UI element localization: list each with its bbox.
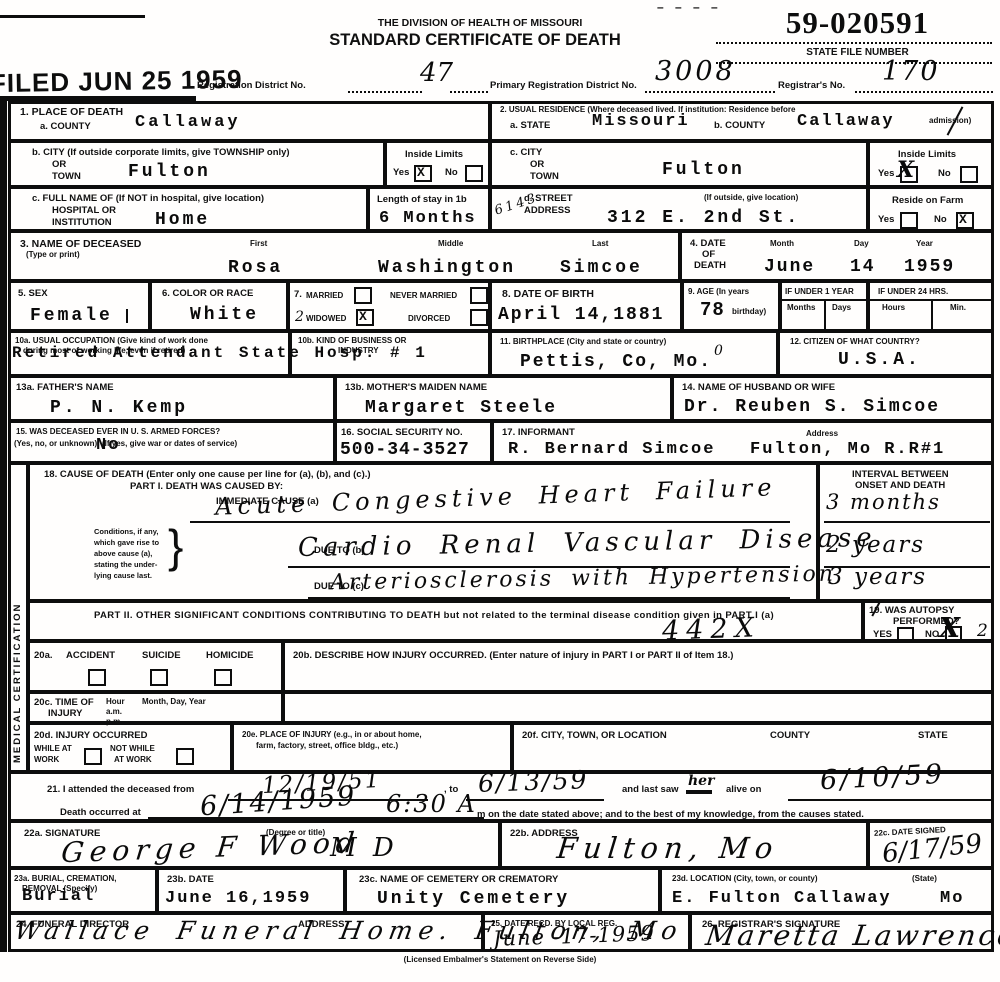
ssn-value: 500-34-3527 xyxy=(340,440,470,460)
sex-label: 5. SEX xyxy=(18,288,48,299)
box-15-armed-forces: 15. WAS DECEASED EVER IN U. S. ARMED FOR… xyxy=(8,421,335,463)
box-1a-county: 1. PLACE OF DEATH a. COUNTY Callaway xyxy=(8,101,490,141)
first-label: First xyxy=(250,239,267,249)
box-20d: 20d. INJURY OCCURRED WHILE AT WORK NOT W… xyxy=(28,723,232,772)
divorced-checkbox xyxy=(470,309,488,326)
day-label: Day xyxy=(854,239,869,249)
burial-value: Burial xyxy=(22,887,95,906)
marital-number: 7. xyxy=(294,289,302,300)
residence-state-label: a. STATE xyxy=(510,120,550,131)
division-heading: THE DIVISION OF HEALTH OF MISSOURI xyxy=(335,17,625,30)
mother-value: Margaret Steele xyxy=(365,398,557,418)
name-sublabel: (Type or print) xyxy=(26,250,80,260)
physician-signature-handwriting: George F Wood xyxy=(60,826,362,869)
file-number-underline xyxy=(716,42,992,44)
leader-dots-4 xyxy=(855,91,993,93)
box-part2: PART II. OTHER SIGNIFICANT CONDITIONS CO… xyxy=(28,601,863,641)
conditions-line-4: stating the under- xyxy=(94,560,157,569)
work-label: WORK xyxy=(34,755,59,765)
box-2ab-residence: 2. USUAL RESIDENCE (Where deceased lived… xyxy=(490,101,994,141)
conditions-line-5: lying cause last. xyxy=(94,571,152,580)
box-2c-city: c. CITY OR TOWN Fulton xyxy=(490,141,868,187)
date-of-death-label-1: 4. DATE xyxy=(690,238,726,249)
month-value: June xyxy=(764,257,815,277)
residence-inside-limits-no-checkbox xyxy=(960,166,978,183)
burial-location-state-value: Mo xyxy=(940,889,964,908)
box-19-autopsy: 19. WAS AUTOPSY PERFORMED? YES NO X 2 xyxy=(863,601,994,641)
box-23c-cemetery: 23c. NAME OF CEMETERY OR CREMATORY Unity… xyxy=(345,868,660,913)
box-1c-institution: c. FULL NAME OF (If NOT in hospital, giv… xyxy=(8,187,368,231)
attended-to-line xyxy=(466,799,604,801)
death-time-handwriting: 6:30 A xyxy=(386,790,477,818)
box-23b-date: 23b. DATE June 16,1959 xyxy=(157,868,345,913)
scan-edge-artifact xyxy=(0,101,7,952)
box-5-sex: 5. SEX Female xyxy=(8,281,150,331)
conditions-brace: } xyxy=(168,523,183,569)
last-label: Last xyxy=(592,239,608,249)
residence-inside-limits-yes: Yes xyxy=(878,168,894,179)
accident-checkbox xyxy=(88,669,106,686)
race-value: White xyxy=(190,305,259,325)
county-column-label: COUNTY xyxy=(770,730,810,741)
interval-c-handwriting: 3 years xyxy=(828,564,927,590)
death-certificate-page: – – – – THE DIVISION OF HEALTH OF MISSOU… xyxy=(0,0,1000,982)
burial-location-value: E. Fulton Callaway xyxy=(672,889,892,908)
last-alive-handwriting: 6/10/59 xyxy=(819,759,946,797)
middle-name-value: Washington xyxy=(378,258,516,278)
month-day-year-label: Month, Day, Year xyxy=(142,697,206,707)
not-while-at-work-checkbox xyxy=(176,748,194,765)
box-20a: 20a. ACCIDENT SUICIDE HOMICIDE xyxy=(28,641,283,692)
conditions-line-2: which gave rise to xyxy=(94,538,159,547)
autopsy-no-label: NO xyxy=(925,629,939,640)
burial-date-value: June 16,1959 xyxy=(165,889,311,908)
registrars-no-value: 170 xyxy=(882,56,940,87)
box-26-registrar: 26. REGISTRAR'S SIGNATURE Maretta Lawren… xyxy=(690,913,994,952)
primary-district-label: Primary Registration District No. xyxy=(490,80,637,91)
residence-city-label: c. CITY xyxy=(510,147,542,158)
autopsy-yes-checkbox xyxy=(897,627,914,642)
inside-limits-yes-label: Yes xyxy=(393,167,409,178)
x-mark: X xyxy=(417,165,425,180)
injury-a-number: 20a. xyxy=(34,650,53,661)
name-label: 3. NAME OF DECEASED xyxy=(20,238,141,251)
interval-a-handwriting: 3 months xyxy=(826,490,941,514)
box-1b-inside-limits: Inside Limits Yes X No xyxy=(385,141,490,187)
age-label-2: birthday) xyxy=(732,307,766,317)
place-of-injury-label-2: farm, factory, street, office bldg., etc… xyxy=(256,741,398,751)
place-of-death-label: 1. PLACE OF DEATH xyxy=(20,106,123,119)
accident-label: ACCIDENT xyxy=(66,650,115,661)
attended-label-3: alive on xyxy=(726,784,761,795)
citizen-label: 12. CITIZEN OF WHAT COUNTRY? xyxy=(790,337,920,347)
residence-city-town: TOWN xyxy=(530,171,559,182)
armed-forces-sublabel-2: (If yes, give war or dates of service) xyxy=(102,439,237,449)
box-reside-on-farm: Reside on Farm Yes No X xyxy=(868,187,994,231)
armed-forces-value: No xyxy=(96,436,120,455)
year-value: 1959 xyxy=(904,257,955,277)
armed-forces-sublabel-1: (Yes, no, or unknown) xyxy=(14,439,97,449)
box-13b-mother: 13b. MOTHER'S MAIDEN NAME Margaret Steel… xyxy=(335,376,672,421)
box-11-birthplace: 11. BIRTHPLACE (City and state or countr… xyxy=(490,331,778,376)
occupation-value: Retired Attendant State Hosp. # 1 xyxy=(12,344,428,362)
cemetery-label: 23c. NAME OF CEMETERY OR CREMATORY xyxy=(359,874,558,885)
informant-value: R. Bernard Simcoe xyxy=(508,440,715,459)
cause-a-line xyxy=(190,521,790,523)
birthplace-value: Pettis, Co, Mo. xyxy=(520,352,712,372)
death-date-line xyxy=(148,817,403,819)
homicide-checkbox xyxy=(214,669,232,686)
ssn-label: 16. SOCIAL SECURITY NO. xyxy=(341,427,463,438)
race-label: 6. COLOR OR RACE xyxy=(162,288,253,299)
under-24-label: IF UNDER 24 HRS. xyxy=(878,287,948,297)
institution-label: c. FULL NAME OF (If NOT in hospital, giv… xyxy=(32,193,264,204)
at-work-label: AT WORK xyxy=(114,755,152,765)
state-file-number-label: STATE FILE NUMBER xyxy=(740,47,975,59)
funeral-director-handwriting: Wallace Funeral Home. Fulton, Mo xyxy=(12,916,685,945)
burial-location-label: 23d. LOCATION (City, town, or county) xyxy=(672,874,817,884)
inside-limits-label: Inside Limits xyxy=(405,149,463,160)
leader-dots-2 xyxy=(450,91,488,93)
usual-residence-label-2: admission) xyxy=(929,116,971,126)
file-number-underline-2 xyxy=(716,62,992,64)
box-6-race: 6. COLOR OR RACE White xyxy=(150,281,288,331)
interval-b-handwriting: 2 years xyxy=(826,532,925,558)
degree-handwriting: M D xyxy=(330,833,398,863)
x-mark: X xyxy=(959,212,967,227)
box-length-of-stay: Length of stay in 1b 6 Months xyxy=(368,187,490,231)
top-dashes-artifact: – – – – xyxy=(657,0,722,14)
conditions-line-1: Conditions, if any, xyxy=(94,527,158,536)
institution-value: Home xyxy=(155,210,210,230)
min-label: Min. xyxy=(950,303,966,313)
farm-yes-label: Yes xyxy=(878,214,894,225)
registration-district-value: 47 xyxy=(420,58,453,88)
box-3-name: 3. NAME OF DECEASED (Type or print) Firs… xyxy=(8,231,680,281)
box-1b-city: b. CITY (If outside corporate limits, gi… xyxy=(8,141,385,187)
day-value: 14 xyxy=(850,257,876,277)
city-town-location-label: 20f. CITY, TOWN, OR LOCATION xyxy=(522,730,667,741)
age-value: 78 xyxy=(700,299,725,321)
residence-city-value: Fulton xyxy=(662,160,745,180)
death-time-line xyxy=(374,817,484,819)
birthplace-label: 11. BIRTHPLACE (City and state or countr… xyxy=(500,337,666,347)
leader-dots-1 xyxy=(348,91,422,93)
middle-label: Middle xyxy=(438,239,463,249)
while-at-work-checkbox xyxy=(84,748,102,765)
autopsy-yes-label: YES xyxy=(873,629,892,640)
box-4-date-of-death: 4. DATE OF DEATH Month Day Year June 14 … xyxy=(680,231,994,281)
x-mark: X xyxy=(359,309,367,324)
farm-no-checkbox: X xyxy=(956,212,974,229)
medical-certification-strip: MEDICAL CERTIFICATION xyxy=(8,463,28,772)
cause-c-line xyxy=(308,597,790,599)
never-married-checkbox xyxy=(470,287,488,304)
autopsy-x-mark: X xyxy=(939,613,960,644)
attended-label-4: Death occurred at xyxy=(60,807,141,818)
months-label: Months xyxy=(787,303,815,313)
certificate-title: STANDARD CERTIFICATE OF DEATH xyxy=(300,31,650,51)
registrar-signature-handwriting: Maretta Lawrence xyxy=(704,919,1000,952)
burial-label-1: 23a. BURIAL, CREMATION, xyxy=(14,874,117,884)
spouse-label: 14. NAME OF HUSBAND OR WIFE xyxy=(682,382,835,393)
conditions-line-3: above cause (a), xyxy=(94,549,152,558)
married-checkbox xyxy=(354,287,372,304)
box-under-1-year: IF UNDER 1 YEAR Months Days xyxy=(780,281,868,331)
autopsy-annotation: 2 xyxy=(977,621,988,641)
city-label: b. CITY (If outside corporate limits, gi… xyxy=(32,147,290,158)
farm-no-label: No xyxy=(934,214,947,225)
last-alive-line xyxy=(788,799,992,801)
box-16-ssn: 16. SOCIAL SECURITY NO. 500-34-3527 xyxy=(335,421,492,463)
informant-address-label: Address xyxy=(806,429,838,439)
suicide-label: SUICIDE xyxy=(142,650,181,661)
while-at-label: WHILE AT xyxy=(34,744,72,754)
date-of-birth-label: 8. DATE OF BIRTH xyxy=(502,288,594,301)
marital-annotation: 2 xyxy=(295,309,304,325)
interval-label-1: INTERVAL BETWEEN xyxy=(852,469,949,480)
age-label-1: 9. AGE (In years xyxy=(688,287,749,297)
am-label: a.m. xyxy=(106,707,122,717)
citizen-value: U.S.A. xyxy=(838,350,921,370)
box-2d-street: d. STREET ADDRESS (If outside, give loca… xyxy=(490,187,868,231)
not-while-label: NOT WHILE xyxy=(110,744,155,754)
time-of-injury-label-1: 20c. TIME OF xyxy=(34,697,94,708)
stay-label: Length of stay in 1b xyxy=(377,194,467,205)
street-hint: (If outside, give location) xyxy=(704,193,798,203)
mother-label: 13b. MOTHER'S MAIDEN NAME xyxy=(345,382,487,393)
date-of-death-label-3: DEATH xyxy=(694,260,726,271)
box-22c-date-signed: 22c. DATE SIGNED 6/17/59 xyxy=(868,821,994,868)
state-column-label: STATE xyxy=(918,730,948,741)
street-value: 312 E. 2nd St. xyxy=(607,208,800,228)
scan-line-artifact xyxy=(0,15,145,18)
stay-value: 6 Months xyxy=(379,209,477,228)
box-8-date-of-birth: 8. DATE OF BIRTH April 14,1881 xyxy=(490,281,682,331)
never-married-label: NEVER MARRIED xyxy=(390,291,457,301)
state-file-number: 59-020591 xyxy=(740,5,975,41)
her-handwriting: her xyxy=(688,773,714,789)
place-of-injury-label-1: 20e. PLACE OF INJURY (e.g., in or about … xyxy=(242,730,422,740)
attended-label-5: m on the date stated above; and to the b… xyxy=(477,809,864,820)
city-town: TOWN xyxy=(52,171,81,182)
box-17-informant: 17. INFORMANT Address R. Bernard Simcoe … xyxy=(492,421,994,463)
box-7-marital: 7. MARRIED NEVER MARRIED 2 WIDOWED X DIV… xyxy=(288,281,490,331)
last-name-value: Simcoe xyxy=(560,258,643,278)
informant-address-value: Fulton, Mo R.R#1 xyxy=(750,440,945,459)
date-of-birth-value: April 14,1881 xyxy=(498,305,664,325)
date-of-death-label-2: OF xyxy=(702,249,715,260)
injury-occurred-label: 20d. INJURY OCCURRED xyxy=(34,730,148,741)
box-14-spouse: 14. NAME OF HUSBAND OR WIFE Dr. Reuben S… xyxy=(672,376,994,421)
under-1-year-label: IF UNDER 1 YEAR xyxy=(785,287,854,297)
box-2c-inside-limits: Inside Limits Yes X No xyxy=(868,141,994,187)
county-label: a. COUNTY xyxy=(40,121,91,132)
residence-inside-limits-no: No xyxy=(938,168,951,179)
farm-yes-checkbox xyxy=(900,212,918,229)
father-label: 13a. FATHER'S NAME xyxy=(16,382,114,393)
leader-dots-3 xyxy=(645,91,775,93)
year-label: Year xyxy=(916,239,933,249)
box-20e: 20e. PLACE OF INJURY (e.g., in or about … xyxy=(232,723,512,772)
hour-label: Hour xyxy=(106,697,125,707)
days-label: Days xyxy=(832,303,851,313)
attended-label-1: 21. I attended the deceased from xyxy=(47,784,194,795)
residence-county-label: b. COUNTY xyxy=(714,120,765,131)
inside-limits-no-label: No xyxy=(445,167,458,178)
married-label: MARRIED xyxy=(306,291,343,301)
attended-to-handwriting: 6/13/59 xyxy=(478,765,589,798)
medical-certification-label: MEDICAL CERTIFICATION xyxy=(12,483,23,763)
farm-label: Reside on Farm xyxy=(892,195,963,206)
signature-address-handwriting: Fulton, Mo xyxy=(555,831,780,865)
city-value: Fulton xyxy=(128,162,211,182)
inside-limits-no-checkbox xyxy=(465,165,483,182)
box-under-24-hrs: IF UNDER 24 HRS. Hours Min. xyxy=(868,281,994,331)
attended-label-2: and last saw xyxy=(622,784,679,795)
burial-date-label: 23b. DATE xyxy=(167,874,214,885)
residence-city-or: OR xyxy=(530,159,544,170)
cemetery-value: Unity Cemetery xyxy=(377,889,570,909)
primary-district-value: 3008 xyxy=(655,56,736,87)
box-13a-father: 13a. FATHER'S NAME P. N. Kemp xyxy=(8,376,335,421)
box-20c: 20c. TIME OF INJURY Hour a.m. p.m. Month… xyxy=(28,692,283,723)
divider xyxy=(931,299,933,329)
residence-state-value: Missouri xyxy=(592,112,690,131)
widowed-checkbox: X xyxy=(356,309,374,326)
birthplace-annotation: 0 xyxy=(714,343,723,359)
homicide-label: HOMICIDE xyxy=(206,650,254,661)
stray-mark-artifact xyxy=(126,309,128,323)
city-or: OR xyxy=(52,159,66,170)
institution-line2: HOSPITAL OR xyxy=(52,205,116,216)
box-20b: 20b. DESCRIBE HOW INJURY OCCURRED. (Ente… xyxy=(283,641,994,692)
sex-value: Female xyxy=(30,306,113,326)
box-22a-signature: 22a. SIGNATURE (Degree or title) George … xyxy=(8,821,500,868)
cause-of-death-label: 18. CAUSE OF DEATH (Enter only one cause… xyxy=(44,469,371,480)
box-22b-address: 22b. ADDRESS Fulton, Mo xyxy=(500,821,868,868)
her-blot-artifact xyxy=(686,790,712,794)
box-9-age: 9. AGE (In years 78 birthday) xyxy=(682,281,780,331)
inside-limits-yes-checkbox: X xyxy=(414,165,432,182)
box-23a-burial: 23a. BURIAL, CREMATION, REMOVAL (Specify… xyxy=(8,868,157,913)
burial-location-state-label: (State) xyxy=(912,874,937,884)
spouse-value: Dr. Reuben S. Simcoe xyxy=(684,397,940,417)
informant-label: 17. INFORMANT xyxy=(502,427,575,438)
county-value: Callaway xyxy=(135,113,241,132)
first-name-value: Rosa xyxy=(228,258,283,278)
month-label: Month xyxy=(770,239,794,249)
residence-county-value: Callaway xyxy=(797,112,895,131)
registration-district-label: Registration District No. xyxy=(197,80,306,91)
divorced-label: DIVORCED xyxy=(408,314,450,324)
registrars-no-label: Registrar's No. xyxy=(778,80,845,91)
box-20c-blank xyxy=(283,692,994,723)
divider xyxy=(824,299,826,329)
time-of-injury-label-2: INJURY xyxy=(48,708,83,719)
widowed-label: WIDOWED xyxy=(306,314,346,324)
handwritten-x-mark: X xyxy=(897,157,914,183)
institution-line3: INSTITUTION xyxy=(52,217,112,228)
box-12-citizen: 12. CITIZEN OF WHAT COUNTRY? U.S.A. xyxy=(778,331,994,376)
box-23d-location: 23d. LOCATION (City, town, or county) (S… xyxy=(660,868,994,913)
father-value: P. N. Kemp xyxy=(50,398,188,418)
suicide-checkbox xyxy=(150,669,168,686)
hours-label: Hours xyxy=(882,303,905,313)
describe-injury-label: 20b. DESCRIBE HOW INJURY OCCURRED. (Ente… xyxy=(293,650,733,661)
embalmer-footer-note: (Licensed Embalmer's Statement on Revers… xyxy=(340,955,660,965)
